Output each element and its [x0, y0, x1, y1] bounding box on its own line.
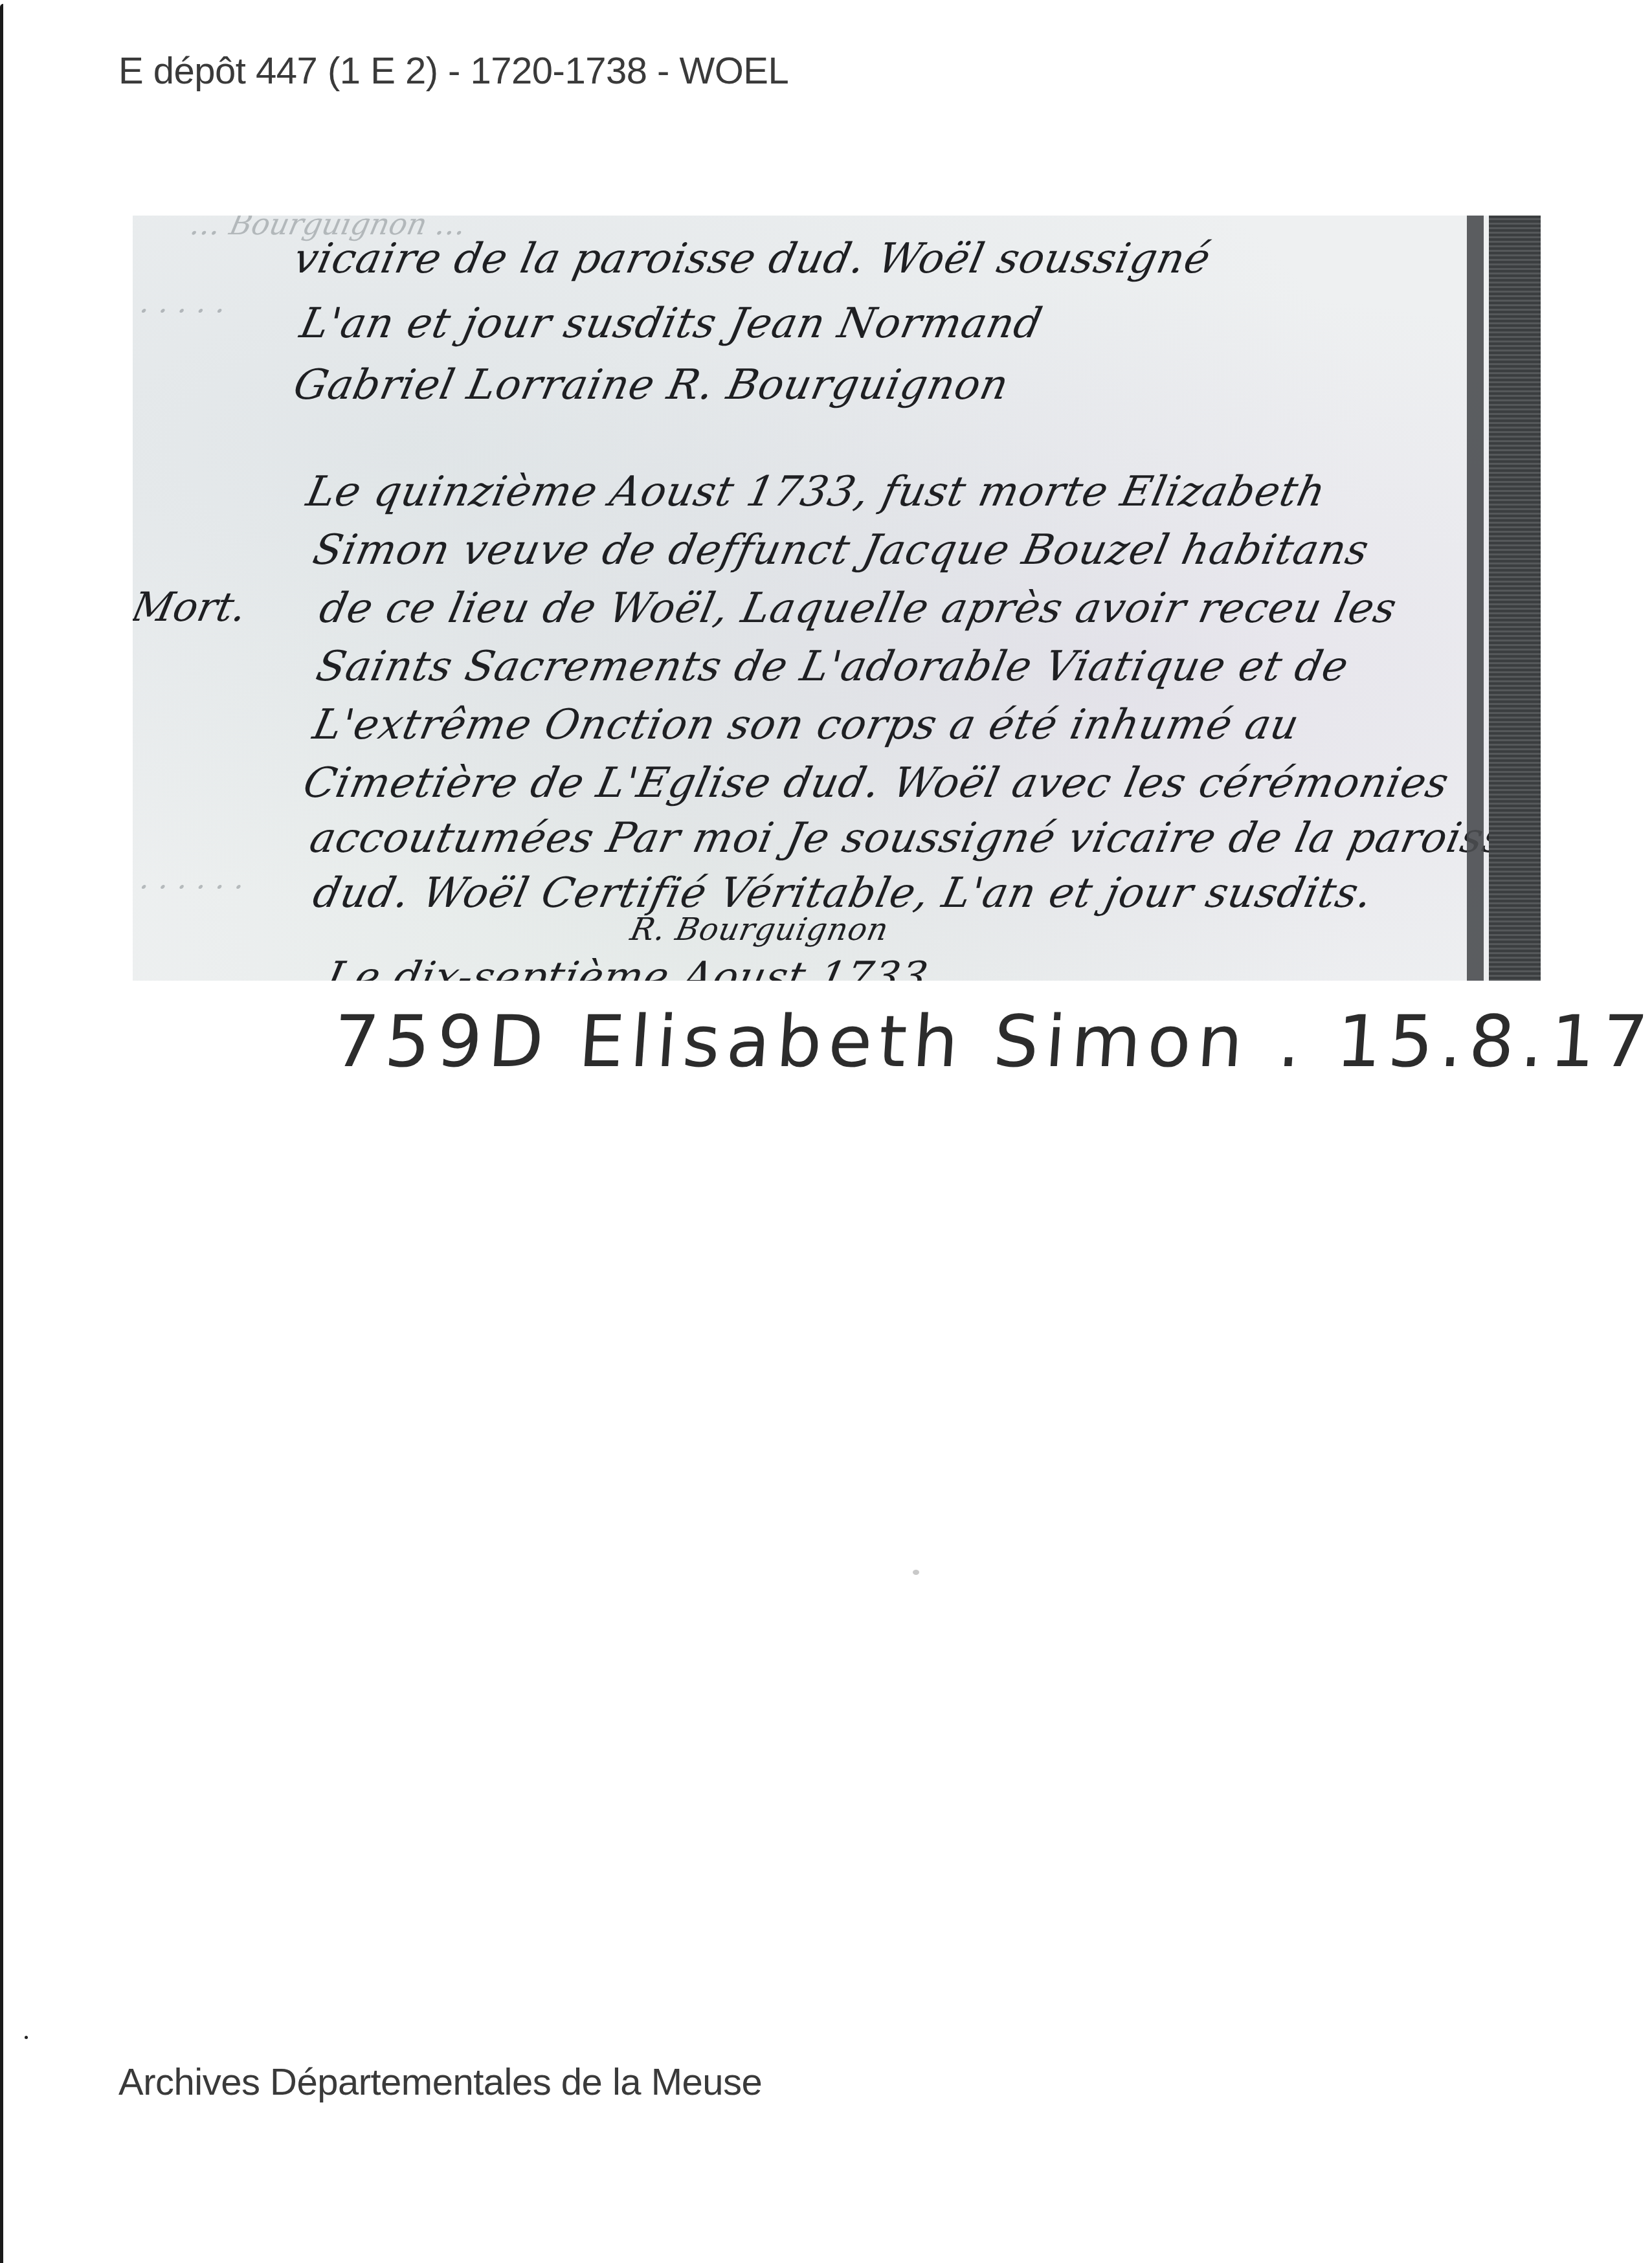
manuscript-line: Saints Sacrements de L'adorable Viatique… [312, 643, 1353, 691]
manuscript-signature: R. Bourguignon [627, 911, 892, 948]
manuscript-text: … Bourguignon … · · · · · · · · · · · vi… [133, 216, 1486, 981]
margin-note: Mort. [133, 583, 251, 630]
manuscript-line: L'an et jour susdits Jean Normand [296, 300, 1047, 348]
manuscript-line: Gabriel Lorraine R. Bourguignon [289, 361, 1013, 409]
manuscript-line: dud. Woël Certifié Véritable, L'an et jo… [309, 869, 1377, 917]
manuscript-line: L'extrême Onction son corps a été inhumé… [309, 701, 1303, 749]
manuscript-line: Le dix-septième Aoust 1733 … [322, 953, 988, 981]
binding-ruler [1489, 216, 1541, 981]
scan-speck [913, 1570, 919, 1575]
manuscript-line: Simon veuve de deffunct Jacque Bouzel ha… [309, 526, 1373, 574]
manuscript-line: Le quinzième Aoust 1733, fust morte Eliz… [302, 468, 1330, 516]
binding-shadow [1467, 216, 1484, 981]
page-edge [0, 4, 3, 2263]
manuscript-line: Cimetière de L'Eglise dud. Woël avec les… [299, 759, 1453, 807]
manuscript-line: vicaire de la paroisse dud. Woël soussig… [289, 235, 1215, 283]
handwritten-annotation: 759D Elisabeth Simon . 15.8.1733 [331, 1000, 1652, 1083]
manuscript-line: accoutumées Par moi Je soussigné vicaire… [306, 814, 1535, 862]
bleed-through-text: · · · · · · [135, 869, 247, 904]
archive-name: Archives Départementales de la Meuse [118, 2060, 762, 2104]
manuscript-scan: … Bourguignon … · · · · · · · · · · · vi… [133, 216, 1541, 981]
manuscript-line: de ce lieu de Woël, Laquelle après avoir… [315, 585, 1401, 632]
bleed-through-text: · · · · · [135, 293, 228, 328]
scan-speck [25, 2036, 28, 2039]
document-reference-title: E dépôt 447 (1 E 2) - 1720-1738 - WOEL [118, 49, 788, 93]
